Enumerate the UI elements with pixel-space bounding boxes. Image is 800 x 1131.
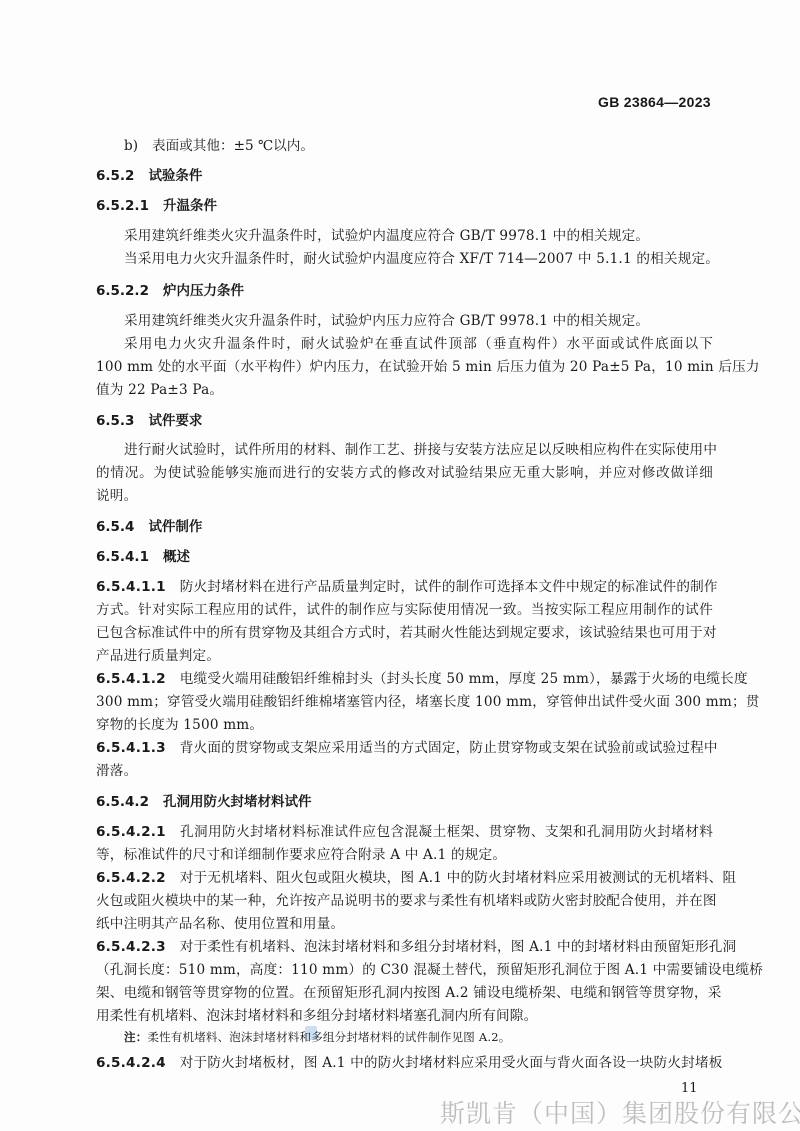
clause-number: 6.5.4.2.4 (96, 1055, 166, 1071)
paragraph-line: 当采用电力火灾升温条件时，耐火试验炉内温度应符合 XF/T 714—2007 中… (124, 247, 713, 267)
paragraph-line: 采用建筑纤维类火灾升温条件时，试验炉内温度应符合 GB/T 9978.1 中的相… (124, 224, 713, 244)
clause-6-5-4-2-4: 6.5.4.2.4对于防火封堵板材，图 A.1 中的防火封堵材料应采用受火面与背… (96, 1051, 713, 1071)
paragraph-line: 100 mm 处的水平面（水平构件）炉内压力，在试验开始 5 min 后压力值为… (96, 355, 713, 375)
list-item-b: b)表面或其他：±5 ℃以内。 (124, 134, 314, 154)
paragraph-line: 采用电力火灾升温条件时，耐火试验炉在垂直试件顶部（垂直构件）水平面或试件底面以下 (124, 332, 713, 352)
paragraph-line: 产品进行质量判定。 (96, 644, 713, 664)
clause-number: 6.5.4.2.2 (96, 870, 166, 886)
note-label: 注： (124, 1030, 147, 1044)
paragraph-line: 采用建筑纤维类火灾升温条件时，试验炉内压力应符合 GB/T 9978.1 中的相… (124, 309, 713, 329)
paragraph-line: 值为 22 Pa±3 Pa。 (96, 378, 713, 398)
clause-number: 6.5.4.1.2 (96, 671, 166, 687)
section-heading-6-5-4-2: 6.5.4.2孔洞用防火封堵材料试件 (96, 790, 311, 810)
paragraph-line: 等，标准试件的尺寸和详细制作要求应符合附录 A 中 A.1 的规定。 (96, 843, 713, 863)
paragraph-line: 的情况。为使试验能够实施而进行的安装方式的修改对试验结果应无重大影响，并应对修改… (96, 461, 713, 481)
section-heading-6-5-4-1: 6.5.4.1概述 (96, 545, 190, 565)
clause-6-5-4-2-1: 6.5.4.2.1孔洞用防火封堵材料标准试件应包含混凝土框架、贯穿物、支架和孔洞… (96, 820, 713, 840)
paragraph-line: （孔洞长度：510 mm，高度：110 mm）的 C30 混凝土替代，预留矩形孔… (96, 958, 713, 978)
clause-6-5-4-1-3: 6.5.4.1.3背火面的贯穿物或支架应采用适当的方式固定，防止贯穿物或支架在试… (96, 736, 713, 756)
paragraph-line: 滑落。 (96, 759, 713, 779)
clause-6-5-4-1-1: 6.5.4.1.1防火封堵材料在进行产品质量判定时，试件的制作可选择本文件中规定… (96, 575, 713, 595)
note: 注：柔性有机堵料、泡沫封堵材料和多组分封堵材料的试件制作见图 A.2。 (124, 1029, 510, 1045)
section-heading-6-5-4: 6.5.4试件制作 (96, 515, 202, 535)
paragraph-line: 300 mm；穿管受火端用硅酸铝纤维棉堵塞管内径，堵塞长度 100 mm，穿管伸… (96, 690, 713, 710)
paragraph-line: 方式。针对实际工程应用的试件，试件的制作应与实际使用情况一致。当按实际工程应用制… (96, 598, 713, 618)
section-heading-6-5-3: 6.5.3试件要求 (96, 409, 202, 429)
paragraph-line: 说明。 (96, 484, 713, 504)
section-heading-6-5-2-2: 6.5.2.2炉内压力条件 (96, 279, 244, 299)
clause-number: 6.5.4.2.3 (96, 939, 166, 955)
section-heading-6-5-2-1: 6.5.2.1升温条件 (96, 194, 217, 214)
clause-6-5-4-1-2: 6.5.4.1.2电缆受火端用硅酸铝纤维棉封头（封头长度 50 mm，厚度 25… (96, 667, 713, 687)
clause-number: 6.5.4.1.3 (96, 740, 166, 756)
section-heading-6-5-2: 6.5.2试验条件 (96, 164, 202, 184)
list-marker: b) (124, 138, 138, 154)
clause-number: 6.5.4.1.1 (96, 579, 166, 595)
paragraph-line: 火包或阻火模块中的某一种，允许按产品说明书的要求与柔性有机堵料或防火密封胶配合使… (96, 889, 713, 909)
paragraph-line: 纸中注明其产品名称、使用位置和用量。 (96, 912, 713, 932)
paragraph-line: 穿物的长度为 1500 mm。 (96, 713, 713, 733)
company-watermark: 斯凯肯（中国）集团股份有限公司 (440, 1094, 800, 1130)
paragraph-line: 进行耐火试验时，试件所用的材料、制作工艺、拼接与安装方法应足以反映相应构件在实际… (124, 438, 713, 458)
paragraph-line: 已包含标准试件中的所有贯穿物及其组合方式时，若其耐火性能达到规定要求，该试验结果… (96, 621, 713, 641)
clause-6-5-4-2-2: 6.5.4.2.2对于无机堵料、阻火包或阻火模块，图 A.1 中的防火封堵材料应… (96, 866, 713, 886)
standard-number-header: GB 23864—2023 (598, 94, 711, 110)
clause-number: 6.5.4.2.1 (96, 824, 166, 840)
paragraph-line: 架、电缆和钢管等贯穿物的位置。在预留矩形孔洞内按图 A.2 铺设电缆桥架、电缆和… (96, 981, 713, 1001)
list-text: 表面或其他：±5 ℃以内。 (152, 138, 314, 154)
note-text: 柔性有机堵料、泡沫封堵材料和多组分封堵材料的试件制作见图 A.2。 (147, 1030, 510, 1044)
clause-6-5-4-2-3: 6.5.4.2.3对于柔性有机堵料、泡沫封堵材料和多组分封堵材料，图 A.1 中… (96, 935, 713, 955)
paragraph-line: 用柔性有机堵料、泡沫封堵材料和多组分封堵材料堵塞孔洞内所有间隙。 (96, 1004, 713, 1024)
